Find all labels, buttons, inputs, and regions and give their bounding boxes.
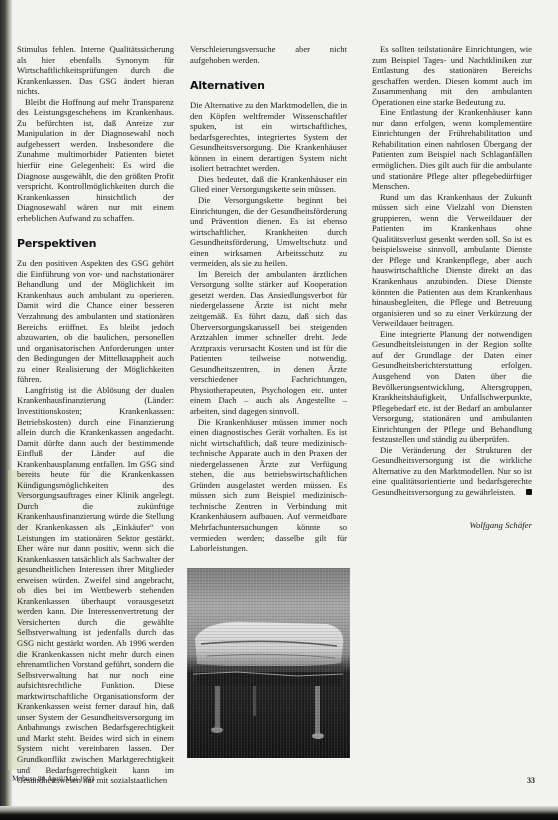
page-number: 33	[527, 776, 535, 785]
column-1: Stimulus fehlen. Interne Qualitätssicher…	[17, 44, 174, 786]
author-signature: Wolfgang Schäfer	[372, 520, 532, 530]
photo-hospital-bed	[187, 568, 350, 758]
paragraph-final: Die Veränderung der Strukturen der Gesun…	[372, 445, 532, 498]
paragraph: Rund um das Krankenhaus der Zukunft müss…	[372, 192, 532, 329]
scan-bottom-shadow	[0, 806, 558, 820]
section-heading-alternativen: Alternativen	[190, 79, 347, 92]
paragraph: Langfristig ist die Ablösung der dualen …	[17, 385, 174, 786]
paragraph: Verschleierungsversuche aber nicht aufge…	[190, 44, 347, 65]
paragraph: Eine Entlastung der Krankenhäuser kann n…	[372, 107, 532, 191]
paragraph: Es sollten teilstationäre Einrichtungen,…	[372, 44, 532, 107]
paragraph: Im Bereich der ambulanten ärztlichen Ver…	[190, 269, 347, 417]
paragraph: Die Versorgungskette beginnt bei Einrich…	[190, 195, 347, 269]
paragraph-final-text: Die Veränderung der Strukturen der Gesun…	[372, 445, 532, 497]
paragraph: Eine integrierte Planung der notwendigen…	[372, 329, 532, 445]
paragraph: Die Krankenhäuser müssen immer noch eine…	[190, 417, 347, 554]
paragraph: Bleibt die Hoffnung auf mehr Transparenz…	[17, 97, 174, 224]
end-of-article-square-icon	[526, 489, 532, 495]
column-3: Es sollten teilstationäre Einrichtungen,…	[372, 44, 532, 498]
paragraph: Zu den positiven Aspekten des GSG gehört…	[17, 258, 174, 385]
paragraph: Stimulus fehlen. Interne Qualitätssicher…	[17, 44, 174, 97]
column-2: Verschleierungsversuche aber nicht aufge…	[190, 44, 347, 554]
paragraph: Die Alternative zu den Marktmodellen, di…	[190, 100, 347, 174]
section-heading-perspektiven: Perspektiven	[17, 237, 174, 250]
magazine-footer: Mabuse 81 April/Mai 1993	[12, 774, 95, 784]
paragraph: Dies bedeutet, daß die Krankenhäuser ein…	[190, 174, 347, 195]
photo-image	[187, 568, 350, 758]
